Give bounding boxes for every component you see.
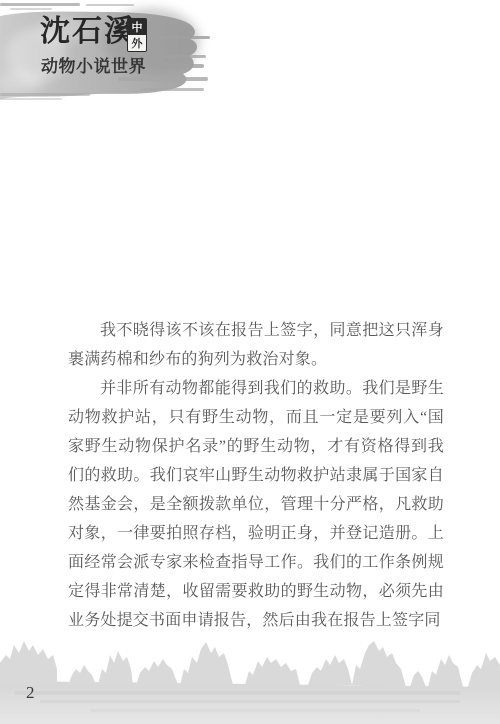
badge-char-wai: 外: [128, 35, 146, 51]
page-number: 2: [26, 683, 35, 703]
book-series-header: 沈石溪 中 外 动物小说世界: [0, 0, 340, 120]
zhongwai-badge: 中 外: [127, 18, 147, 52]
badge-char-zhong: 中: [128, 19, 146, 35]
page-body: 我不晓得该不该在报告上签字，同意把这只浑身裹满药棉和纱布的狗列为救治对象。 并非…: [68, 316, 444, 635]
book-page: 沈石溪 中 外 动物小说世界 我不晓得该不该在报告上签字，同意把这只浑身裹满药棉…: [0, 0, 500, 724]
forest-watermark: [0, 629, 500, 724]
series-subtitle: 动物小说世界: [41, 52, 146, 77]
series-title: 沈石溪: [40, 16, 136, 48]
paragraph: 我不晓得该不该在报告上签字，同意把这只浑身裹满药棉和纱布的狗列为救治对象。: [68, 316, 444, 374]
paragraph: 并非所有动物都能得到我们的救助。我们是野生动物救护站，只有野生动物，而且一定是要…: [68, 374, 444, 635]
